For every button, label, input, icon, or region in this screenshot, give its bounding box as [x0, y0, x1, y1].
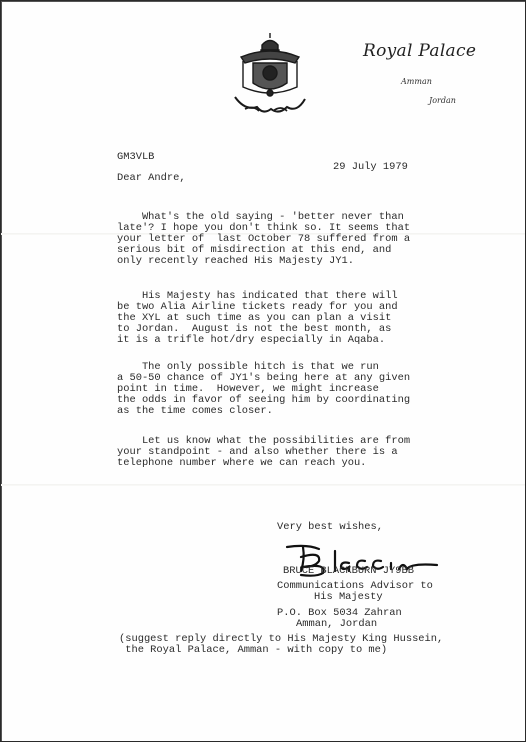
letterhead-country: Jordan — [429, 96, 456, 105]
paper-fold-line — [1, 484, 525, 486]
closing: Very best wishes, — [277, 522, 383, 533]
royal-crest-icon — [229, 31, 311, 117]
letterhead-city: Amman — [401, 77, 432, 86]
signer-title-2: His Majesty — [314, 592, 383, 603]
paragraph-2: His Majesty has indicated that there wil… — [117, 291, 398, 346]
letterhead-title: Royal Palace — [363, 41, 476, 61]
letter-date: 29 July 1979 — [333, 162, 408, 173]
signer-name: BRUCE BLACKBURN JY9BB — [283, 566, 414, 577]
letter-page: Royal Palace Amman Jordan GM3VLB 29 July… — [0, 0, 526, 742]
paragraph-1: What's the old saying - 'better never th… — [117, 212, 410, 267]
salutation: Dear Andre, — [117, 173, 186, 184]
paragraph-3: The only possible hitch is that we run a… — [117, 362, 410, 417]
recipient-callsign: GM3VLB — [117, 152, 154, 163]
signer-address-2: Amman, Jordan — [296, 619, 377, 630]
postscript: (suggest reply directly to His Majesty K… — [119, 634, 443, 656]
paragraph-4: Let us know what the possibilities are f… — [117, 436, 410, 469]
